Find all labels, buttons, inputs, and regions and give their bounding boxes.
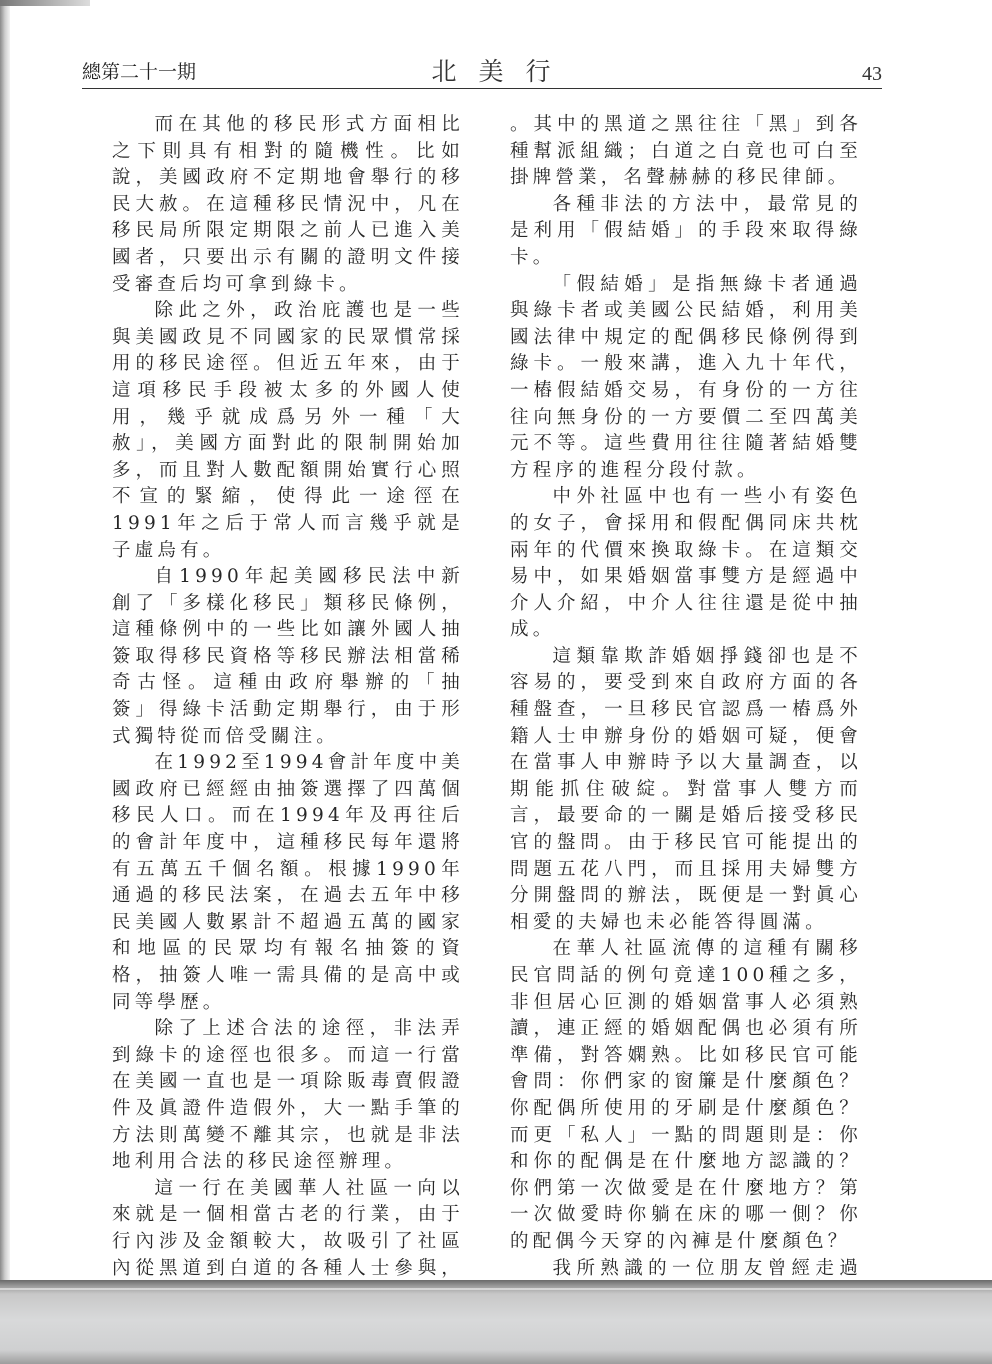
header-rule bbox=[82, 88, 882, 89]
paragraph: 除此之外，政治庇護也是一些與美國政見不同國家的民眾慣常採用的移民途徑。但近五年來… bbox=[112, 298, 464, 564]
paragraph-continued: 。其中的黑道之黑往往「黑」到各種幫派組織；白道之白竟也可白至掛牌營業，名聲赫赫的… bbox=[510, 112, 862, 192]
magazine-title: 北美行 bbox=[422, 52, 582, 88]
paragraph: 各種非法的方法中，最常見的是利用「假結婚」的手段來取得綠卡。 bbox=[510, 192, 862, 272]
right-column: 。其中的黑道之黑往往「黑」到各種幫派組織；白道之白竟也可白至掛牌營業，名聲赫赫的… bbox=[510, 112, 862, 1309]
paragraph: 「假結婚」是指無綠卡者通過與綠卡者或美國公民結婚，利用美國法律中規定的配偶移民條… bbox=[510, 272, 862, 485]
paragraph: 而在其他的移民形式方面相比之下則具有相對的隨機性。比如說，美國政府不定期地會舉行… bbox=[112, 112, 464, 298]
running-header: 總第二十一期 北美行 43 bbox=[82, 58, 882, 88]
scan-shadow-bottom bbox=[0, 1280, 992, 1364]
page-number: 43 bbox=[862, 63, 882, 86]
left-column: 而在其他的移民形式方面相比之下則具有相對的隨機性。比如說，美國政府不定期地會舉行… bbox=[112, 112, 464, 1309]
scan-shadow-top bbox=[0, 0, 90, 6]
paragraph: 在1992至1994會計年度中美國政府已經經由抽簽選擇了四萬個移民人口。而在19… bbox=[112, 750, 464, 1016]
issue-number: 總第二十一期 bbox=[82, 57, 196, 84]
paragraph: 在華人社區流傳的這種有關移民官問話的例句竟達100種之多，非但居心叵測的婚姻當事… bbox=[510, 936, 862, 1255]
scan-shadow-left bbox=[0, 0, 10, 1300]
paragraph: 自1990年起美國移民法中新創了「多樣化移民」類移民條例，這種條例中的一些比如讓… bbox=[112, 564, 464, 750]
paragraph: 除了上述合法的途徑，非法弄到綠卡的途徑也很多。而這一行當在美國一直也是一項除販毒… bbox=[112, 1016, 464, 1176]
paragraph: 中外社區中也有一些小有姿色的女子，會採用和假配偶同床共枕兩年的代價來換取綠卡。在… bbox=[510, 484, 862, 644]
paragraph: 這類靠欺詐婚姻掙錢卻也是不容易的，要受到來自政府方面的各種盤查，一旦移民官認爲一… bbox=[510, 644, 862, 937]
